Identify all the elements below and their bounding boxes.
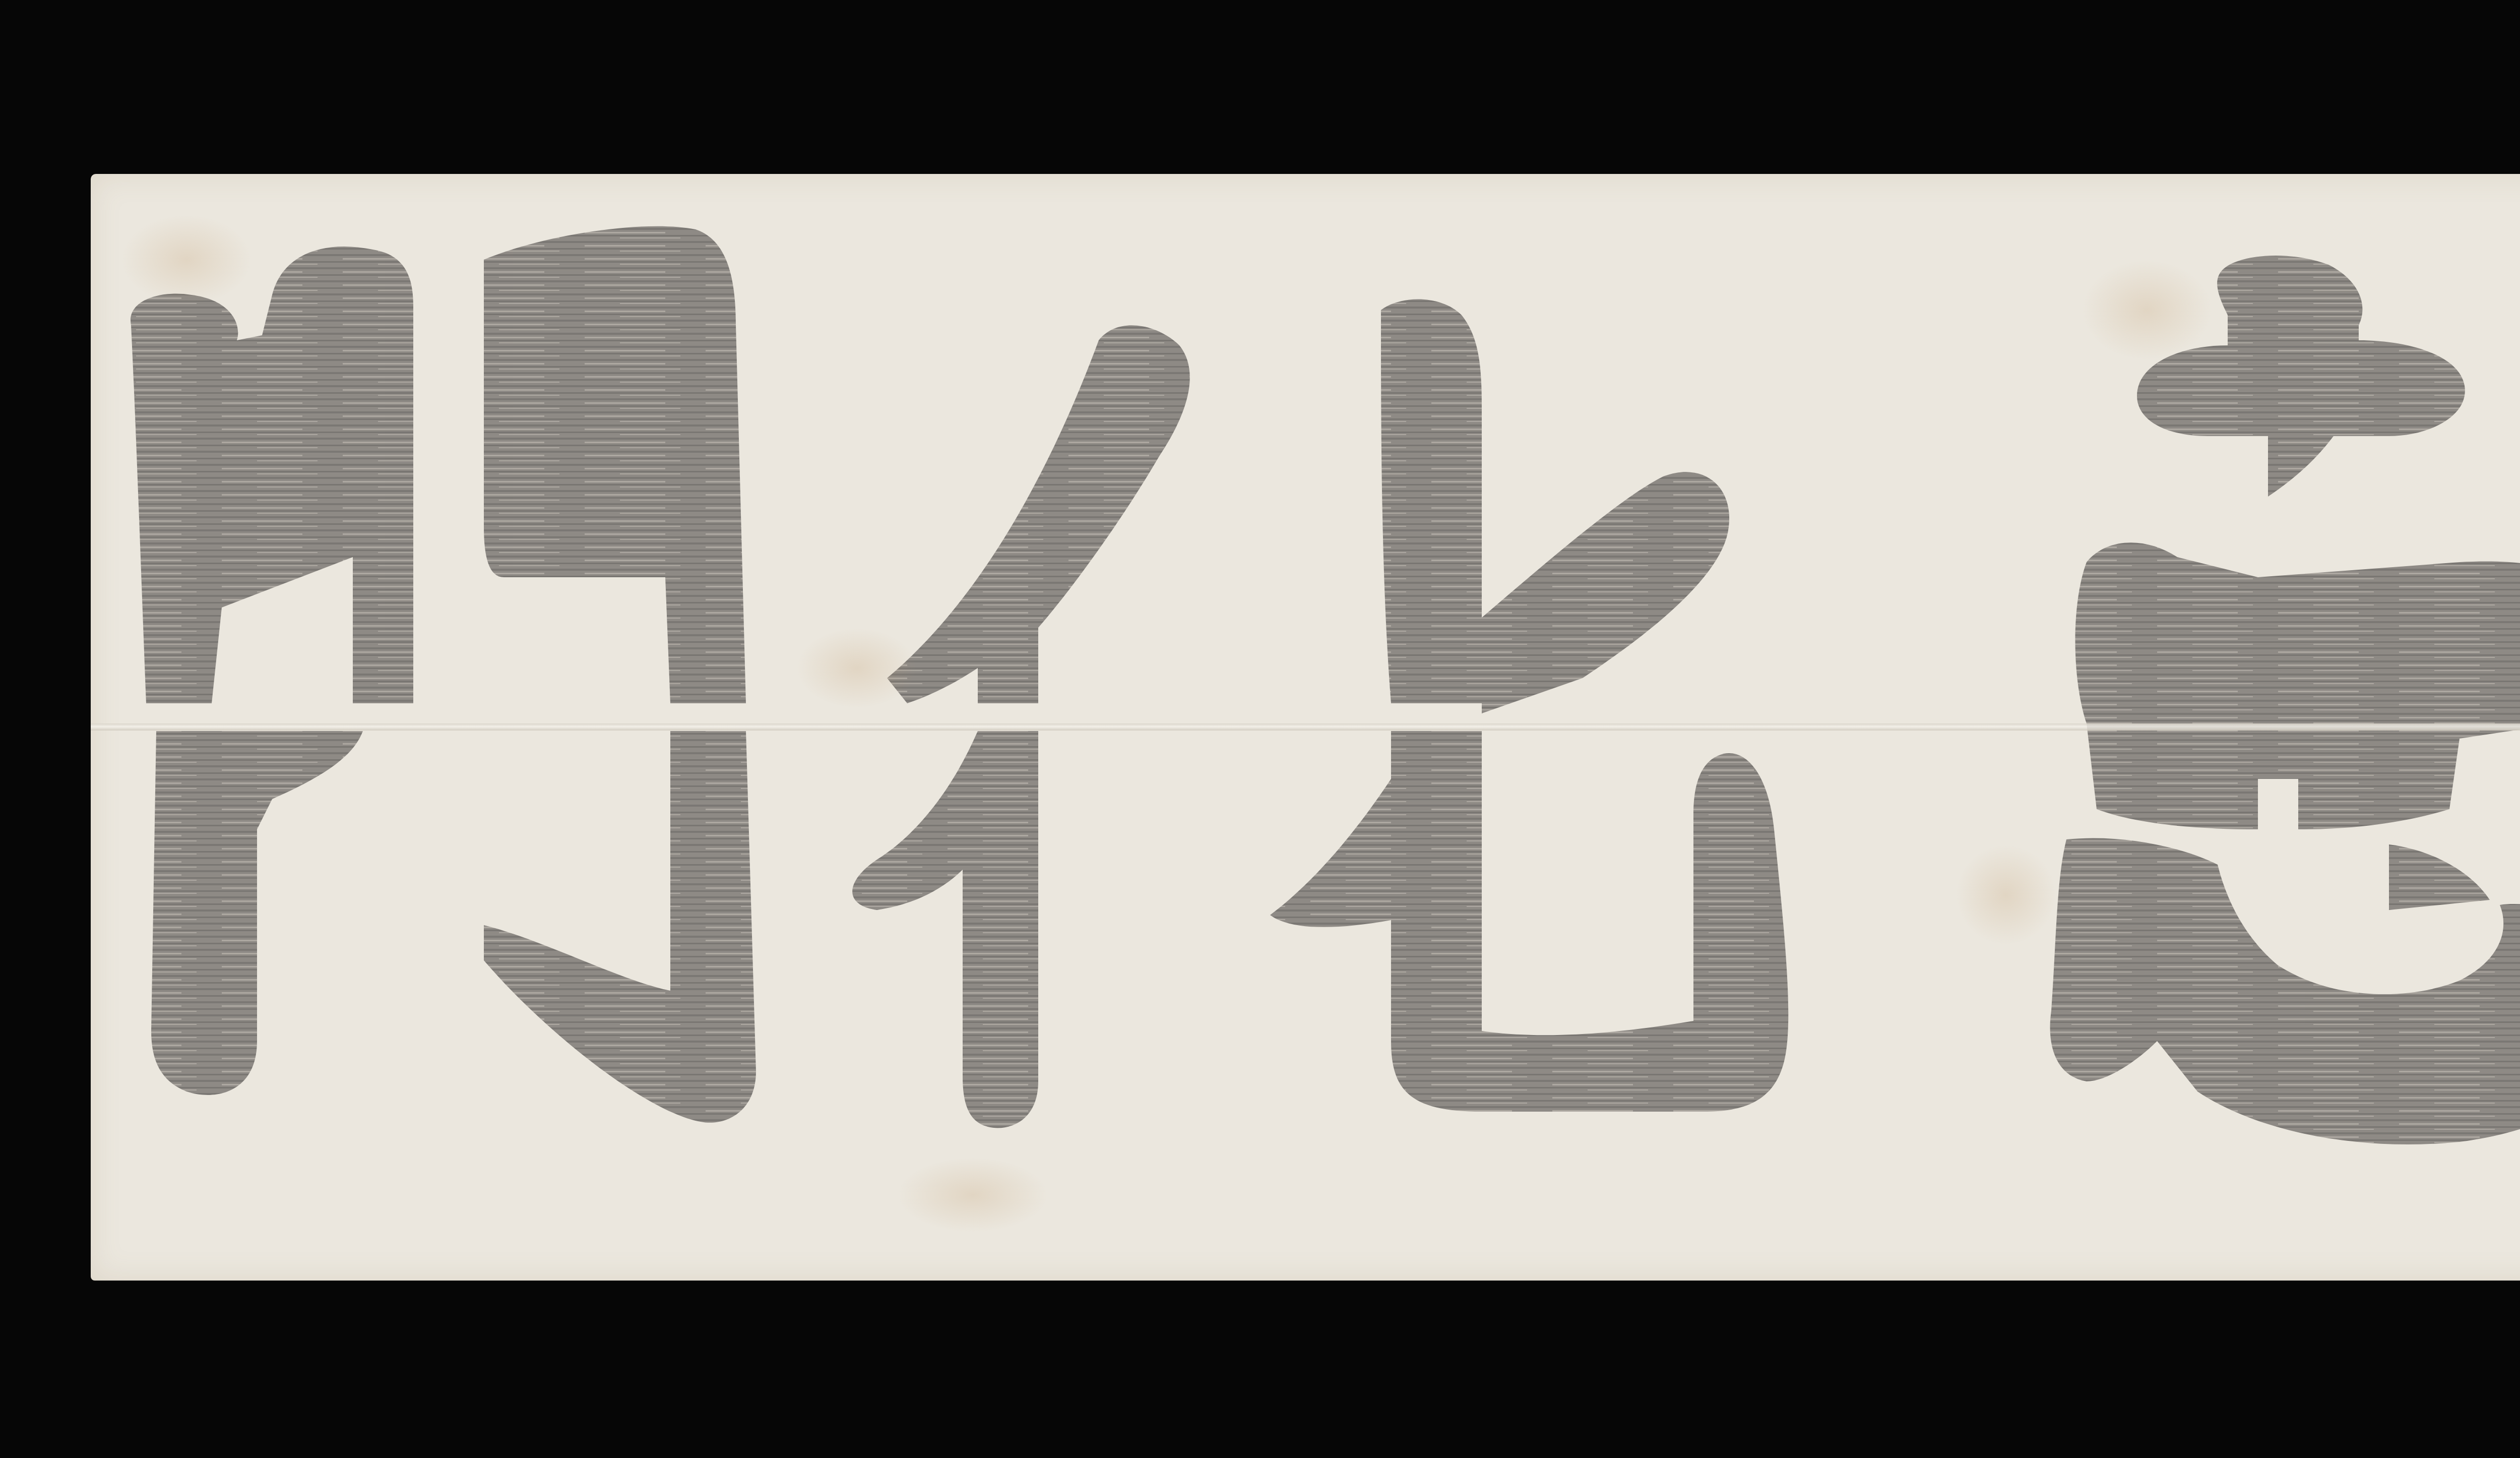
stain <box>897 1157 1048 1233</box>
character-hwa <box>852 299 1788 1128</box>
stain <box>121 214 252 305</box>
stain <box>1956 844 2056 945</box>
stain <box>2082 260 2213 360</box>
rubbing-paper: 惠化門 <box>91 174 2520 1281</box>
fold-crease <box>91 723 2520 731</box>
character-hye <box>2050 256 2520 1144</box>
character-mun <box>131 226 756 1123</box>
stain <box>796 628 917 708</box>
